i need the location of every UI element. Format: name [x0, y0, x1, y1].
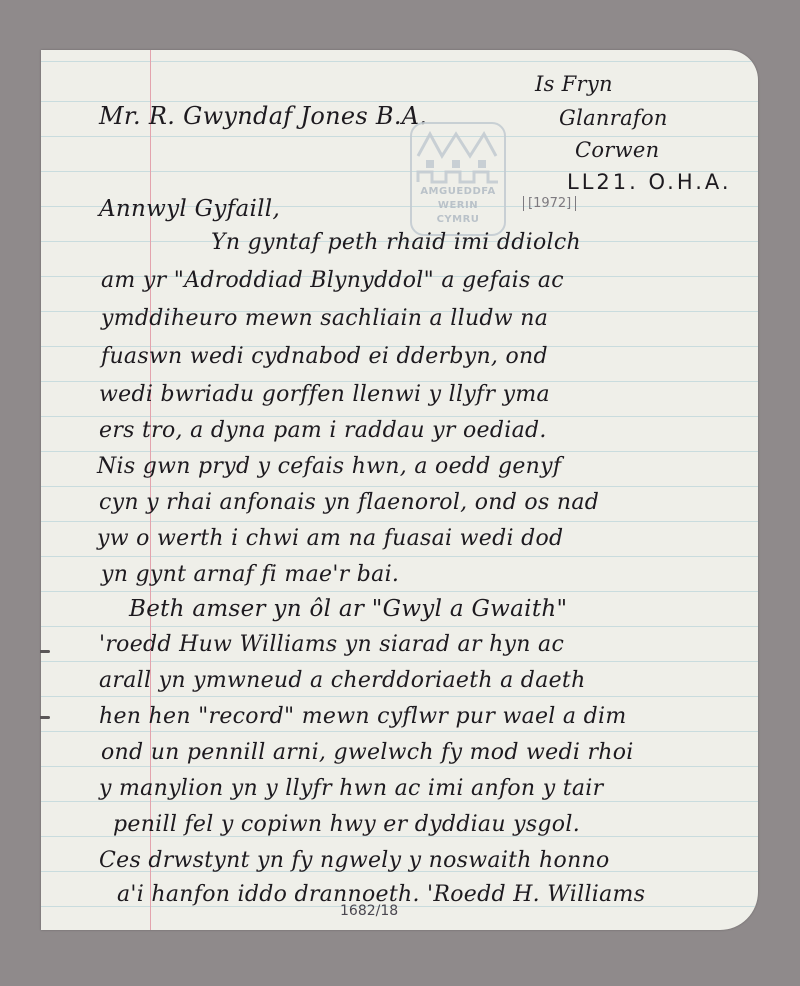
body-line: Nis gwn pryd y cefais hwn, a oedd genyf — [97, 454, 561, 479]
body-line: fuaswn wedi cydnabod ei dderbyn, ond — [101, 344, 548, 369]
body-line: y manylion yn y llyfr hwn ac imi anfon y… — [99, 776, 603, 801]
body-line: am yr "Adroddiad Blynyddol" a gefais ac — [101, 268, 564, 293]
body-line: hen hen "record" mewn cyflwr pur wael a … — [99, 704, 627, 729]
body-line: ond un pennill arni, gwelwch fy mod wedi… — [101, 740, 634, 765]
body-line: penill fel y copiwn hwy er dyddiau ysgol… — [113, 812, 580, 837]
body-line: cyn y rhai anfonais yn flaenorol, ond os… — [99, 490, 599, 515]
stamp-line: AMGUEDDFA — [412, 186, 504, 197]
stamp-line: CYMRU — [412, 214, 504, 225]
body-line: arall yn ymwneud a cherddoriaeth a daeth — [99, 668, 586, 693]
body-line: Ces drwstynt yn fy ngwely y noswaith hon… — [99, 848, 610, 873]
body-line: 'roedd Huw Williams yn siarad ar hyn ac — [99, 632, 564, 657]
address-line: Corwen — [575, 138, 659, 162]
address-line: Is Fryn — [535, 72, 613, 96]
address-line: Glanrafon — [559, 106, 668, 130]
salutation: Annwyl Gyfaill, — [99, 196, 280, 222]
body-line: ymddiheuro mewn sachliain a lludw na — [101, 306, 548, 331]
year-annotation: [1972] — [523, 196, 576, 211]
building-stamp-icon — [416, 128, 500, 184]
body-line: yn gynt arnaf fi mae'r bai. — [101, 562, 399, 587]
postcode: LL21. O.H.A. — [567, 170, 732, 194]
body-line: ers tro, a dyna pam i raddau yr oediad. — [99, 418, 547, 443]
recipient-name: Mr. R. Gwyndaf Jones B.A. — [99, 102, 427, 130]
letter-page: Mr. R. Gwyndaf Jones B.A. Is Fryn Glanra… — [41, 50, 758, 930]
torn-edge-mark — [40, 650, 50, 653]
torn-edge-mark — [40, 716, 50, 719]
reference-number: 1682/18 — [340, 903, 398, 919]
body-line: wedi bwriadu gorffen llenwi y llyfr yma — [99, 382, 550, 407]
body-line: yw o werth i chwi am na fuasai wedi dod — [97, 526, 563, 551]
museum-stamp: AMGUEDDFA WERIN CYMRU — [410, 122, 506, 236]
body-line: Beth amser yn ôl ar "Gwyl a Gwaith" — [129, 596, 567, 622]
body-line: Yn gyntaf peth rhaid imi ddiolch — [211, 230, 581, 255]
stamp-line: WERIN — [412, 200, 504, 211]
